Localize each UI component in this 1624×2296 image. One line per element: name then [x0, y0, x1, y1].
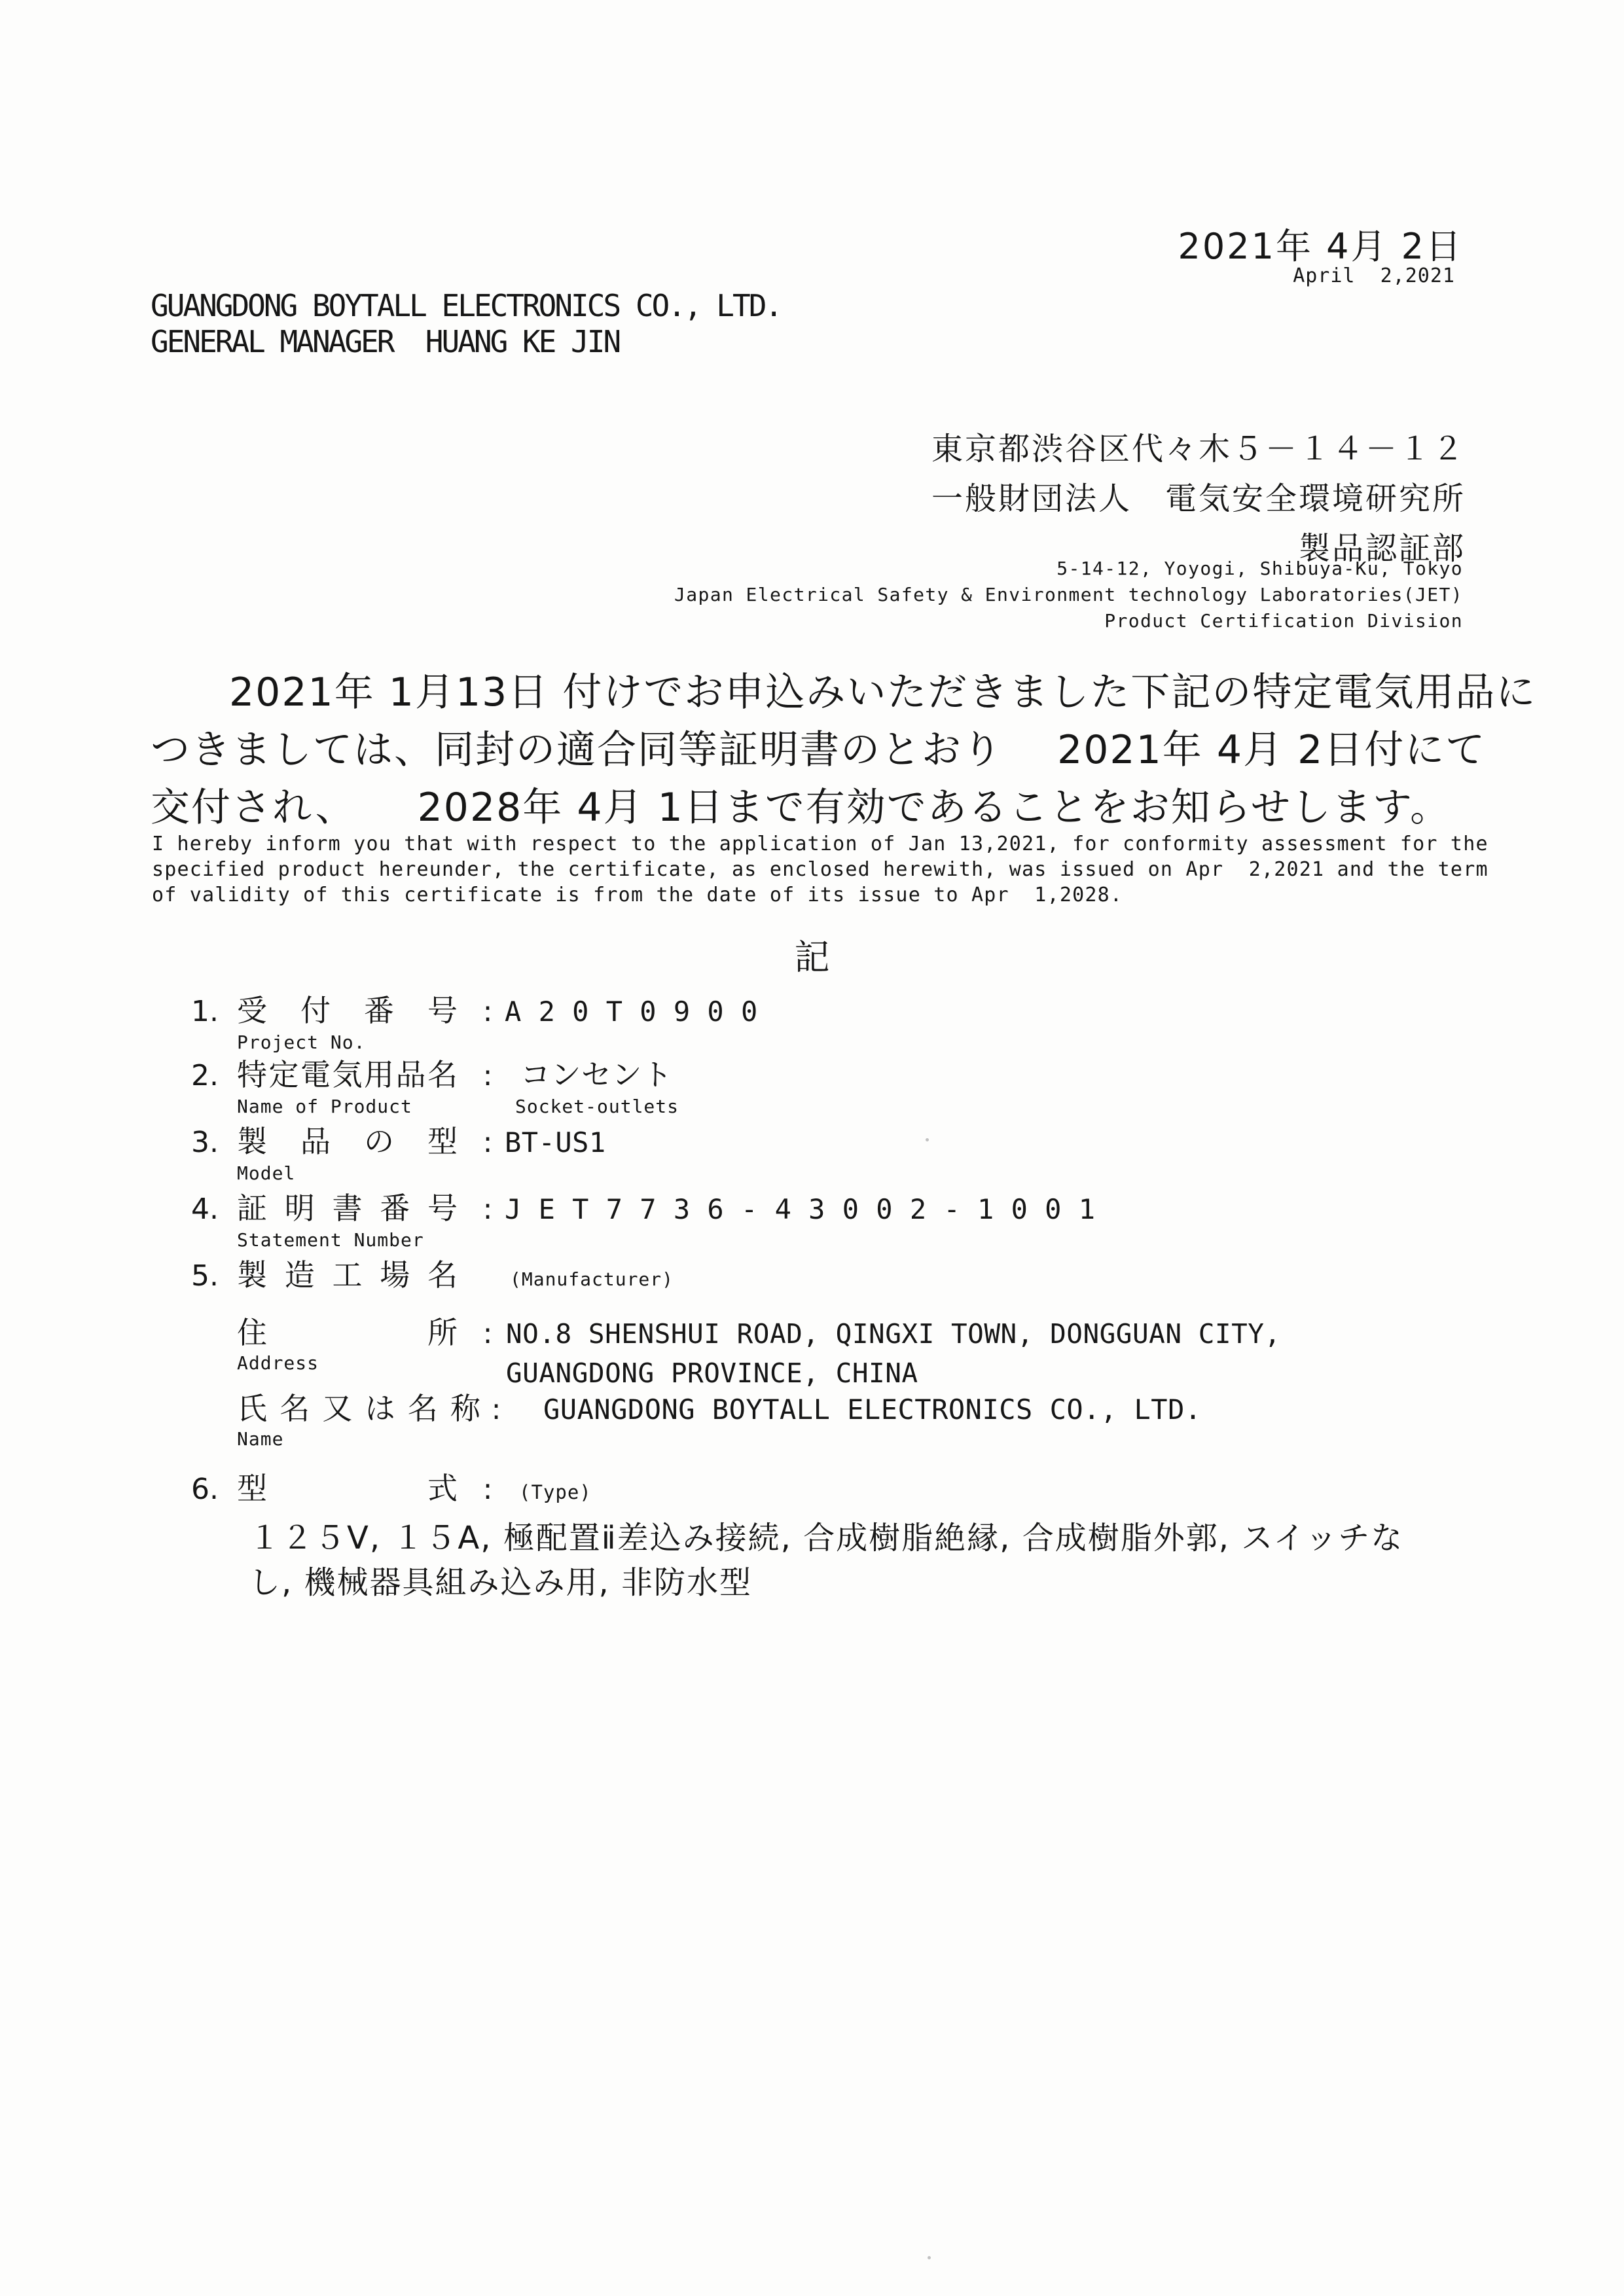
model-value: BT-US1 [505, 1124, 606, 1161]
body-paragraph-english: I hereby inform you that with respect to… [152, 831, 1489, 908]
item-statement-number: 4. 証明書番号 : J E T 7 7 3 6 - 4 3 0 0 2 - 1… [191, 1190, 1096, 1251]
item-number: 3. [191, 1124, 237, 1161]
issuer-organization-jp: 一般財団法人 電気安全環境研究所 [931, 474, 1466, 524]
recipient-block: GUANGDONG BOYTALL ELECTRONICS CO., LTD. … [151, 288, 781, 360]
manufacturer-address-block: 住所 : NO.8 SHENSHUI ROAD, QINGXI TOWN, DO… [237, 1314, 1281, 1352]
item-type: 6. 型式 : (Type) [191, 1470, 592, 1511]
item-label-jp: 型式 [237, 1470, 458, 1507]
scan-artifact-dot [926, 1138, 929, 1141]
colon-separator: : [480, 1058, 496, 1094]
address-value-line-1: NO.8 SHENSHUI ROAD, QINGXI TOWN, DONGGUA… [506, 1316, 1281, 1352]
item-manufacturer: 5. 製造工場名 (Manufacturer) [191, 1257, 674, 1298]
colon-separator: : [480, 1316, 496, 1352]
date-english: April 2,2021 [1293, 264, 1455, 287]
issuer-block-japanese: 東京都渋谷区代々木５－１４－１２ 一般財団法人 電気安全環境研究所 製品認証部 [931, 424, 1466, 573]
item-label-en: Project No. [237, 1031, 758, 1054]
item-number: 6. [191, 1471, 237, 1508]
item-number: 1. [191, 994, 237, 1030]
recipient-company: GUANGDONG BOYTALL ELECTRONICS CO., LTD. [151, 288, 781, 324]
manufacturer-name-value: GUANGDONG BOYTALL ELECTRONICS CO., LTD. [543, 1391, 1202, 1428]
body-en-line-2: specified product hereunder, the certifi… [152, 857, 1489, 882]
record-heading: 記 [0, 929, 1624, 980]
project-no-value: A 2 0 T 0 9 0 0 [505, 994, 758, 1030]
item-project-no: 1. 受付番号 : A 2 0 T 0 9 0 0 Project No. [191, 992, 758, 1054]
address-value-line-2: GUANGDONG PROVINCE, CHINA [506, 1357, 918, 1389]
item-label-en: Statement Number [237, 1229, 1096, 1251]
statement-number-value: J E T 7 7 3 6 - 4 3 0 0 2 - 1 0 0 1 [505, 1191, 1096, 1228]
colon-separator: : [488, 1391, 504, 1428]
body-jp-line-1: 2021年 1月13日 付けでお申込みいただきました下記の特定電気用品に [151, 664, 1536, 721]
issuer-organization-en: Japan Electrical Safety & Environment te… [674, 582, 1463, 608]
type-label-en: (Type) [519, 1474, 592, 1511]
colon-separator: : [480, 1191, 496, 1228]
item-number: 2. [191, 1058, 237, 1094]
product-name-value-en: Socket-outlets [515, 1096, 679, 1118]
body-en-line-1: I hereby inform you that with respect to… [152, 831, 1489, 857]
date-japanese: 2021年 4月 2日 [1178, 219, 1463, 269]
item-model: 3. 製品の型 : BT-US1 Model [191, 1123, 606, 1185]
item-label-jp: 受付番号 [237, 992, 458, 1029]
item-label-en: Name of Product [237, 1096, 515, 1118]
issuer-division-en: Product Certification Division [674, 608, 1463, 634]
type-spec-line-1: １２５V, １５A, 極配置ⅱ差込み接続, 合成樹脂絶縁, 合成樹脂外郭, スイ… [249, 1516, 1403, 1560]
type-spec-line-2: し, 機械器具組み込み用, 非防水型 [249, 1560, 1403, 1605]
item-label-jp: 特定電気用品名 [237, 1056, 458, 1093]
address-label-jp: 住所 [237, 1314, 458, 1351]
colon-separator: : [480, 994, 496, 1030]
item-label-jp: 証明書番号 [237, 1190, 458, 1227]
address-label-en: Address [237, 1352, 319, 1374]
colon-separator: : [480, 1471, 496, 1508]
issuer-block-english: 5-14-12, Yoyogi, Shibuya-Ku, Tokyo Japan… [674, 556, 1463, 634]
manufacturer-name-block: 氏名又は名称 : GUANGDONG BOYTALL ELECTRONICS C… [237, 1390, 1202, 1428]
item-label-jp: 製品の型 [237, 1123, 458, 1160]
body-en-line-3: of validity of this certificate is from … [152, 882, 1489, 908]
scan-artifact-dot [928, 2256, 931, 2259]
body-jp-line-2: つきましては、同封の適合同等証明書のとおり 2021年 4月 2日付にて [151, 721, 1536, 779]
issuer-address-en: 5-14-12, Yoyogi, Shibuya-Ku, Tokyo [674, 556, 1463, 582]
type-spec-block: １２５V, １５A, 極配置ⅱ差込み接続, 合成樹脂絶縁, 合成樹脂外郭, スイ… [249, 1516, 1403, 1605]
name-label-en: Name [237, 1428, 283, 1450]
colon-separator: : [480, 1124, 496, 1161]
body-jp-line-3: 交付され、 2028年 4月 1日まで有効であることをお知らせします。 [151, 779, 1536, 836]
name-label-jp: 氏名又は名称 [237, 1390, 480, 1427]
body-paragraph-japanese: 2021年 1月13日 付けでお申込みいただきました下記の特定電気用品に つきま… [151, 664, 1536, 836]
item-number: 4. [191, 1191, 237, 1228]
item-label-en: Model [237, 1162, 606, 1185]
item-product-name: 2. 特定電気用品名 : コンセント Name of Product Socke… [191, 1056, 679, 1118]
recipient-manager: GENERAL MANAGER HUANG KE JIN [151, 324, 781, 360]
item-label-jp: 製造工場名 [237, 1257, 458, 1293]
certificate-letter-page: 2021年 4月 2日 April 2,2021 GUANGDONG BOYTA… [0, 0, 1624, 2296]
product-name-value-jp: コンセント [520, 1056, 673, 1093]
manufacturer-label-en: (Manufacturer) [510, 1261, 674, 1298]
item-number: 5. [191, 1258, 237, 1295]
issuer-address-jp: 東京都渋谷区代々木５－１４－１２ [931, 424, 1466, 474]
